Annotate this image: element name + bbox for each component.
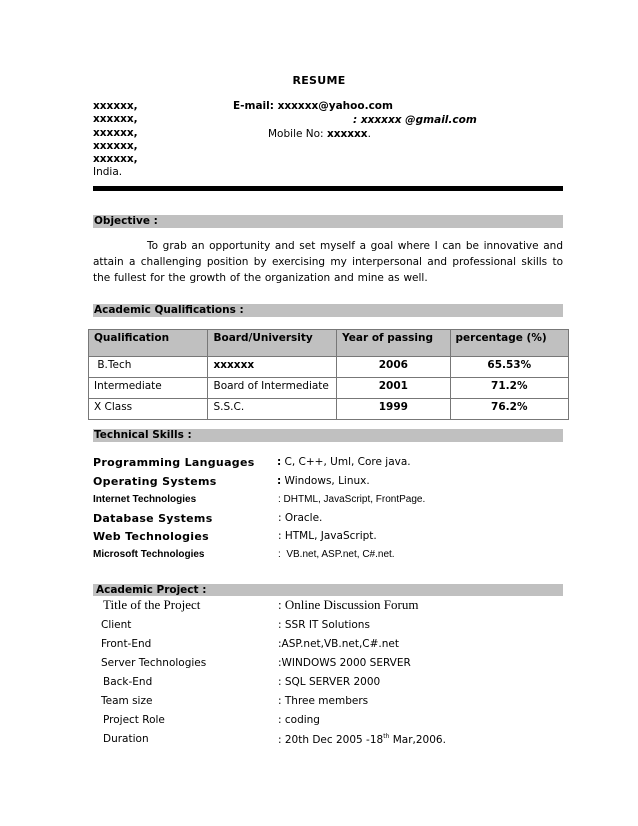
project-value: : Three members [278,695,368,707]
address-line: xxxxxx, [93,153,138,166]
skill-label: Web Technologies [93,530,209,543]
col-qualification: Qualification [89,330,208,357]
qualifications-table: Qualification Board/University Year of p… [88,329,569,420]
project-label: Client [101,619,131,631]
project-value: : Online Discussion Forum [278,597,418,613]
cell-board: xxxxxx [208,357,337,378]
project-value: : SQL SERVER 2000 [278,676,380,688]
skill-value: : DHTML, JavaScript, FrontPage. [278,494,425,505]
mobile-value: xxxxxx [327,128,368,140]
address-line: xxxxxx, [93,100,138,113]
address-country: India. [93,166,138,179]
project-value: :ASP.net,VB.net,C#.net [278,638,399,650]
objective-text: To grab an opportunity and set myself a … [93,238,563,286]
duration-prefix: : 20th Dec 2005 -18 [278,734,383,746]
mobile-suffix: . [368,128,371,140]
objective-body: To grab an opportunity and set myself a … [93,240,563,284]
skill-value: : Windows, Linux. [277,475,370,487]
cell-year: 2006 [337,357,450,378]
table-row: B.Tech xxxxxx 2006 65.53% [89,357,569,378]
skill-label: Internet Technologies [93,494,196,505]
address-block: xxxxxx, xxxxxx, xxxxxx, xxxxxx, xxxxxx, … [93,100,138,180]
cell-board: Board of Intermediate [208,378,337,399]
skill-value: : Oracle. [278,512,322,524]
col-percentage: percentage (%) [450,330,568,357]
skill-label: Microsoft Technologies [93,549,205,560]
skills-heading: Technical Skills : [93,429,563,442]
skill-label: Programming Languages [93,456,255,469]
address-line: xxxxxx, [93,127,138,140]
cell-qualification: X Class [89,399,208,420]
cell-board: S.S.C. [208,399,337,420]
project-label: Title of the Project [103,597,200,613]
project-value: : 20th Dec 2005 -18th Mar,2006. [278,733,446,746]
mobile-label: Mobile No: [268,128,327,140]
cell-qualification: Intermediate [89,378,208,399]
skill-value-text: C, C++, Uml, Core java. [281,456,410,468]
project-label: Back-End [103,676,152,688]
table-header-row: Qualification Board/University Year of p… [89,330,569,357]
col-board: Board/University [208,330,337,357]
skill-value: : C, C++, Uml, Core java. [277,456,411,468]
project-label: Server Technologies [101,657,206,669]
table-row: Intermediate Board of Intermediate 2001 … [89,378,569,399]
project-value: : SSR IT Solutions [278,619,370,631]
skill-value: : VB.net, ASP.net, C#.net. [278,549,395,560]
skill-value: : HTML, JavaScript. [278,530,377,542]
objective-heading: Objective : [93,215,563,228]
cell-percentage: 65.53% [450,357,568,378]
cell-percentage: 76.2% [450,399,568,420]
cell-percentage: 71.2% [450,378,568,399]
email-secondary: : xxxxxx @gmail.com [353,114,477,126]
project-value: : coding [278,714,320,726]
project-value: :WINDOWS 2000 SERVER [278,657,411,669]
project-label: Front-End [101,638,151,650]
skill-value-text: Windows, Linux. [281,475,370,487]
cell-year: 2001 [337,378,450,399]
skill-label: Operating Systems [93,475,217,488]
skill-label: Database Systems [93,512,213,525]
cell-qualification: B.Tech [89,357,208,378]
academic-heading: Academic Qualifications : [93,304,563,317]
project-label: Team size [101,695,152,707]
project-label: Project Role [103,714,165,726]
mobile-number: Mobile No: xxxxxx. [268,128,371,140]
project-heading: Academic Project : [93,584,563,596]
resume-title: RESUME [0,74,638,87]
email-primary: E-mail: xxxxxx@yahoo.com [233,100,393,112]
project-label: Duration [103,733,149,745]
header-divider [93,186,563,191]
col-year: Year of passing [337,330,450,357]
duration-suffix: Mar,2006. [389,734,446,746]
cell-year: 1999 [337,399,450,420]
address-line: xxxxxx, [93,140,138,153]
table-row: X Class S.S.C. 1999 76.2% [89,399,569,420]
address-line: xxxxxx, [93,113,138,126]
